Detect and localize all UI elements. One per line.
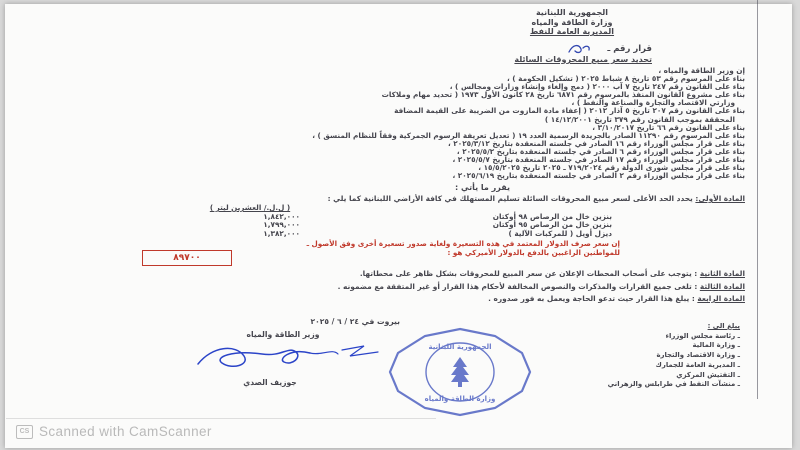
- distribution-list: يبلغ الى : ـ رئاسة مجلس الوزراء ـ وزارة …: [608, 322, 740, 390]
- distribution-header: يبلغ الى :: [608, 322, 740, 332]
- page-edge-line: [757, 0, 758, 399]
- article-two-label: المادة الثانية: [700, 269, 745, 278]
- exchange-rate-value: ٨٩٧٠٠: [173, 253, 200, 263]
- minister-name: جوزيف الصدي: [224, 378, 316, 387]
- preamble-line: بناء على قرار مجلس الوزراء رقم ٢ الصادر …: [312, 172, 745, 180]
- camscanner-text: Scanned with CamScanner: [39, 424, 212, 439]
- exchange-note-line-1: إن سعر صرف الدولار المعتمد في هذه التسعي…: [240, 239, 620, 248]
- cedar-emblem: [451, 357, 469, 382]
- distribution-item: ـ وزارة الاقتصاد والتجارة: [608, 351, 740, 361]
- directorate-title: المديرية العامة للنفط: [484, 27, 660, 37]
- stamp-bottom-text: وزارة الطاقة والمياه: [425, 395, 496, 403]
- page-fold-line: [6, 418, 436, 419]
- distribution-item: ـ المديرية العامة للجمارك: [608, 361, 740, 371]
- article-three-label: المادة الثالثة: [700, 282, 745, 291]
- official-stamp: الجمهورية اللبنانية وزارة الطاقة والمياه: [372, 327, 548, 417]
- preamble: إن وزير الطاقة والمياه ، بناء على المرسو…: [312, 67, 745, 180]
- exchange-rate-box: ٨٩٧٠٠: [142, 250, 232, 266]
- article-one-label: المادة الأولى:: [695, 194, 745, 203]
- republic-title: الجمهورية اللبنانية: [484, 8, 660, 18]
- fuel-name-diesel: ديزل أويل ( للمركبات الآلية ): [392, 230, 612, 238]
- article-one-text: يحدد الحد الأعلى لسعر مبيع المحروقات الس…: [328, 194, 696, 203]
- place-date: بيروت في ٢٤ / ٦ / ٢٠٢٥: [310, 317, 400, 326]
- letterhead: الجمهورية اللبنانية وزارة الطاقة والمياه…: [484, 8, 660, 37]
- price-unit-header: ( ل.ل./ العشرين ليتر ): [198, 203, 302, 212]
- decision-number-line: قرار رقم ـ: [607, 44, 652, 54]
- fuel-name-column: بنزين خال من الرصاص ٩٨ أوكتان بنزين خال …: [392, 213, 612, 238]
- article-two: المادة الثانية : يتوجب على أصحاب المحطات…: [360, 269, 745, 278]
- article-four: المادة الرابعة : يبلغ هذا القرار حيث تدع…: [488, 294, 745, 303]
- exchange-note-line-2: للمواطنين الراغبين بالدفع بالدولار الأمي…: [240, 248, 620, 257]
- article-four-text: : يبلغ هذا القرار حيث تدعو الحاجة ويعمل …: [488, 294, 697, 303]
- article-three-text: : تلغى جميع القرارات والمذكرات والنصوص ا…: [338, 282, 700, 291]
- distribution-item: ـ منشآت النفط في طرابلس والزهراني: [608, 380, 740, 390]
- minister-signature: [192, 336, 387, 380]
- operative-clause: يقرر ما يأتي :: [455, 183, 510, 192]
- camscanner-watermark: CS Scanned with CamScanner: [16, 424, 212, 439]
- ministry-title: وزارة الطاقة والمياه: [484, 18, 660, 28]
- stamp-top-text: الجمهورية اللبنانية: [428, 343, 491, 351]
- decision-subject: تحديد سعر مبيع المحروقات السائلة: [514, 55, 652, 64]
- scanned-document: الجمهورية اللبنانية وزارة الطاقة والمياه…: [0, 0, 800, 450]
- article-three: المادة الثالثة : تلغى جميع القرارات والم…: [338, 282, 745, 291]
- camscanner-icon: CS: [16, 425, 33, 439]
- fuel-price-column: ١,٨٤٢,٠٠٠ ١,٧٩٩,٠٠٠ ١,٣٨٢,٠٠٠: [203, 213, 300, 238]
- distribution-item: ـ وزارة المالية: [608, 341, 740, 351]
- handwritten-number-mark: [566, 42, 592, 56]
- exchange-note: إن سعر صرف الدولار المعتمد في هذه التسعي…: [240, 239, 620, 257]
- distribution-item: ـ رئاسة مجلس الوزراء: [608, 332, 740, 342]
- distribution-item: ـ التفتيش المركزي: [608, 371, 740, 381]
- article-one: المادة الأولى: يحدد الحد الأعلى لسعر مبي…: [328, 194, 745, 203]
- article-four-label: المادة الرابعة: [697, 294, 745, 303]
- article-two-text: : يتوجب على أصحاب المحطات الإعلان عن سعر…: [360, 269, 700, 278]
- fuel-price-diesel: ١,٣٨٢,٠٠٠: [203, 230, 300, 238]
